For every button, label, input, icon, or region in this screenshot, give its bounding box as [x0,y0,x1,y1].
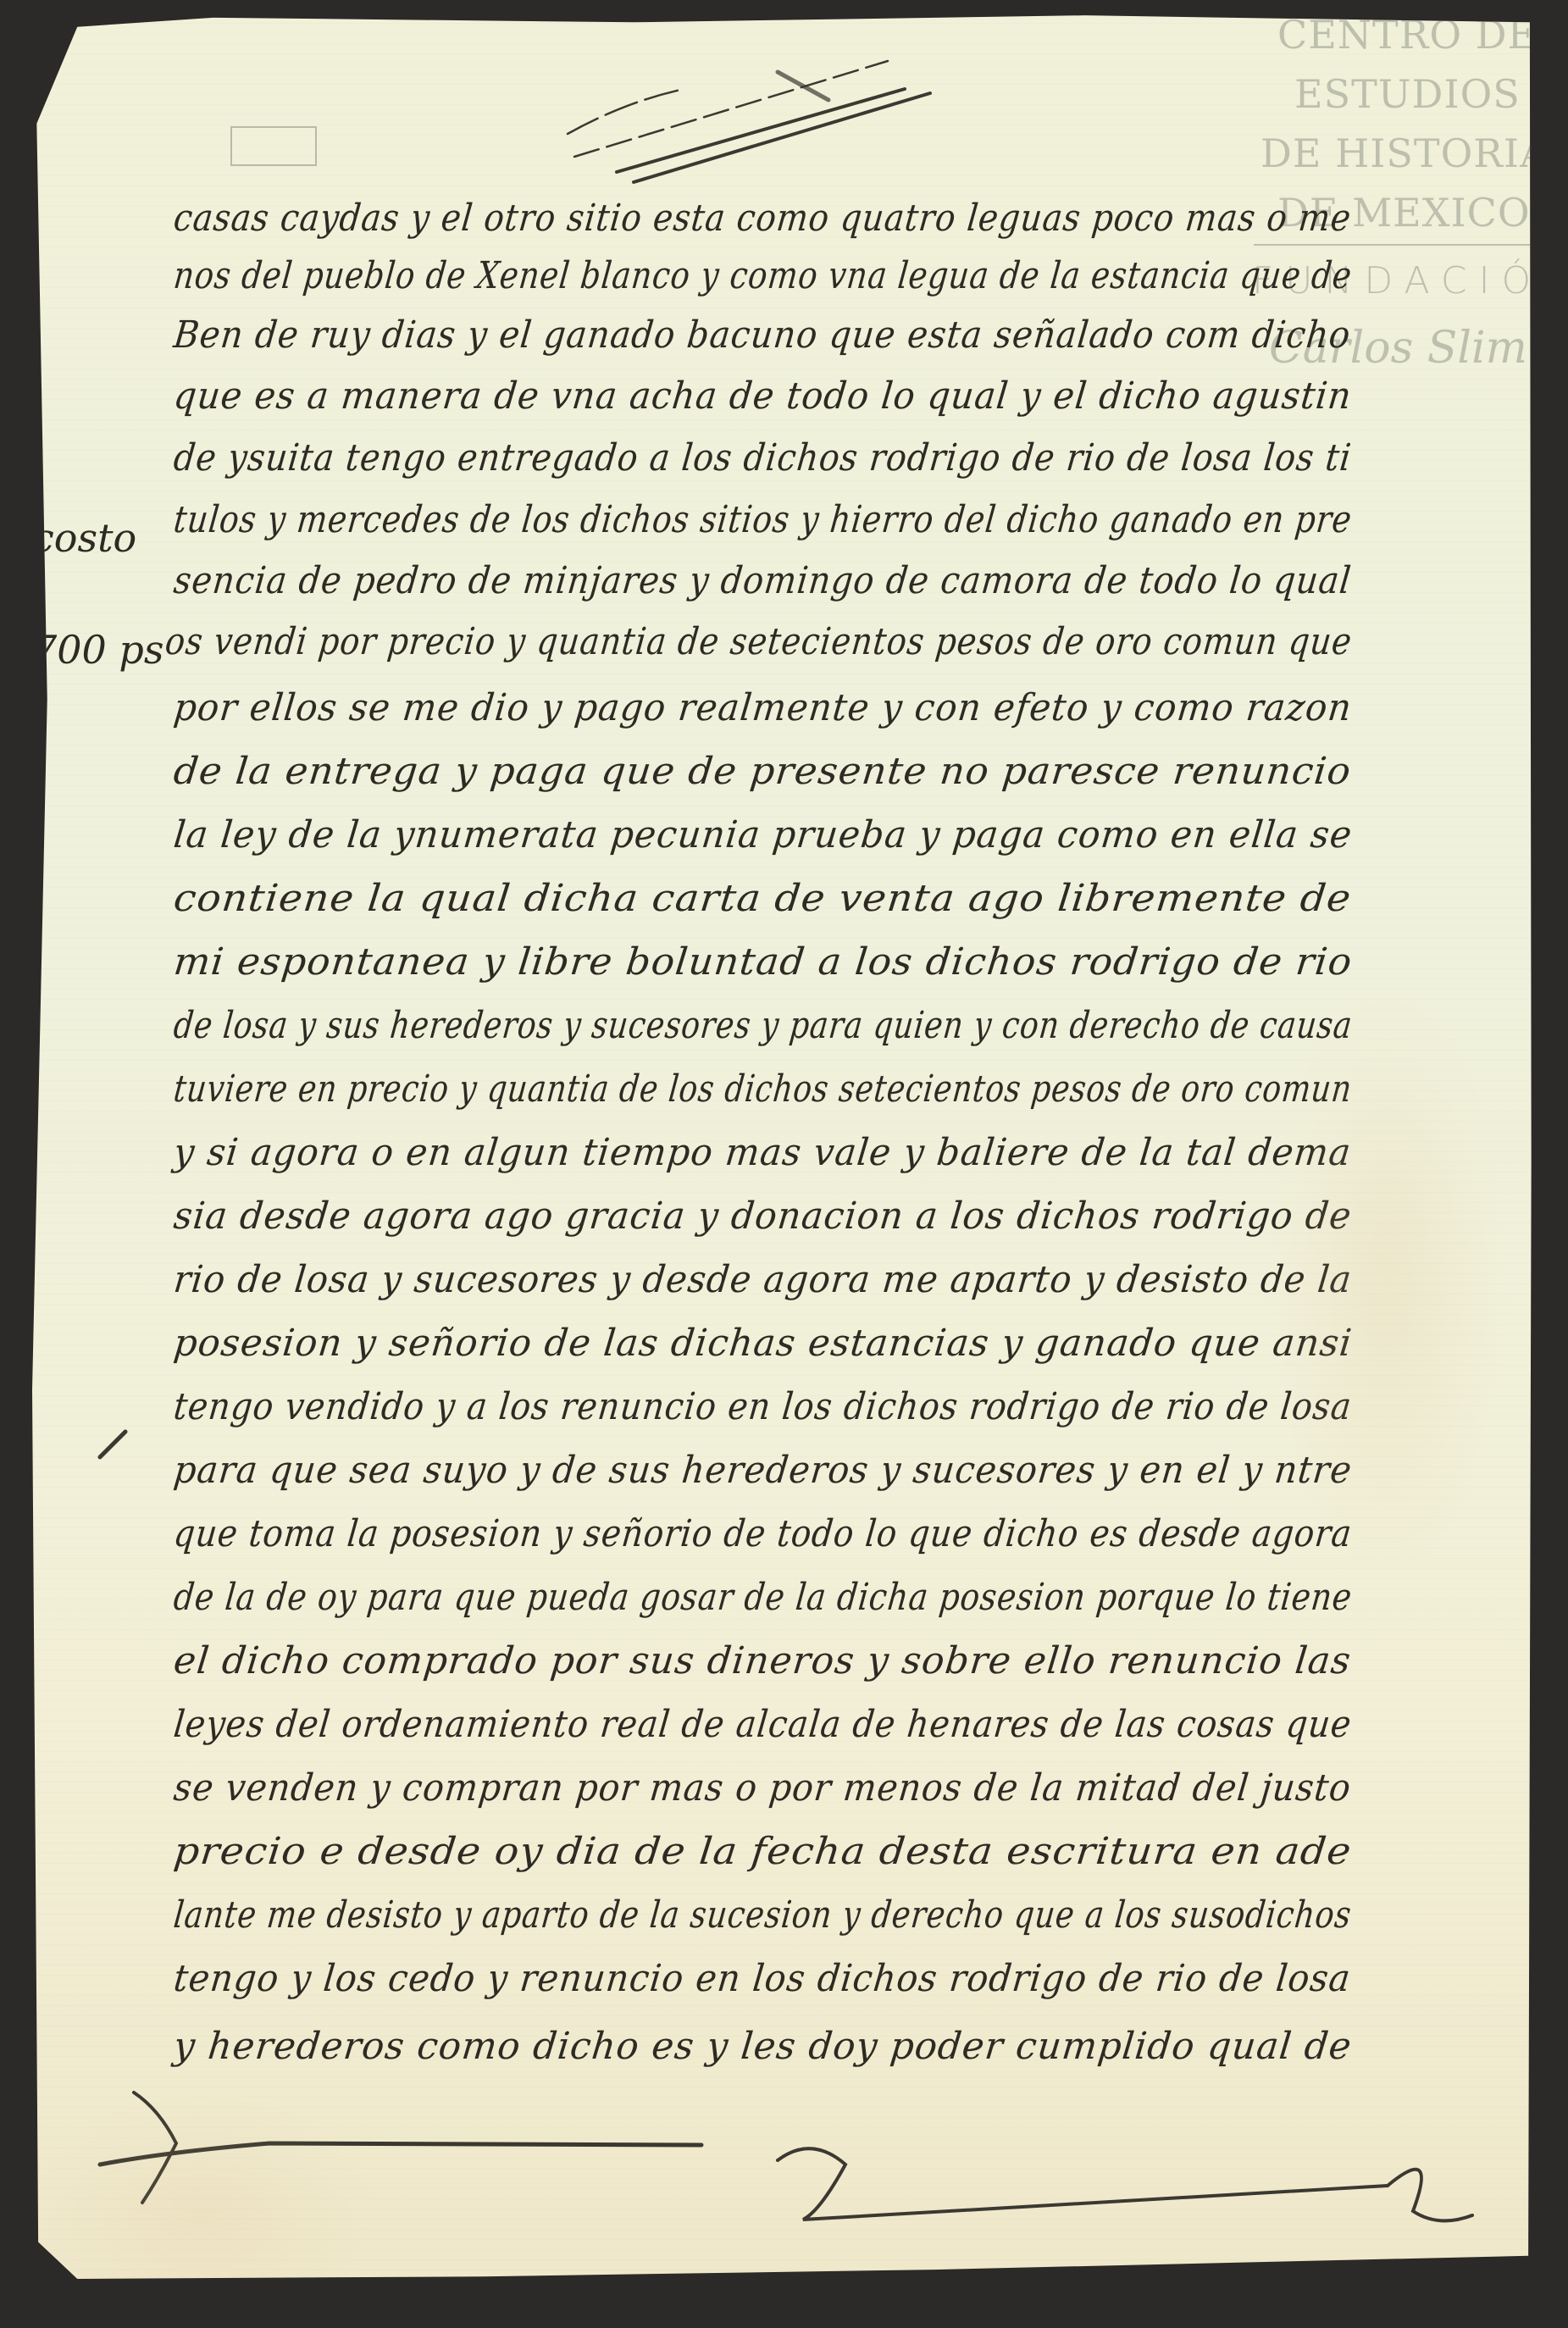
margin-note-costo: costo [32,515,136,561]
manuscript-line: casas caydas y el otro sitio esta como q… [172,197,1354,240]
manuscript-line: el dicho comprado por sus dineros y sobr… [172,1639,1354,1682]
manuscript-line: lante me desisto y aparto de la sucesion… [172,1893,1354,1937]
manuscript-line: precio e desde oy dia de la fecha desta … [172,1830,1354,1873]
manuscript-line: de losa y sus herederos y sucesores y pa… [172,1004,1355,1047]
margin-note-amount: 700 ps [32,627,163,673]
manuscript-line: os vendi por precio y quantia de setecie… [163,620,1355,663]
watermark-line-2: ESTUDIOS [1294,75,1521,114]
manuscript-line: y si agora o en algun tiempo mas vale y … [172,1131,1354,1174]
manuscript-line: de la entrega y paga que de presente no … [172,750,1354,793]
manuscript-line: tengo vendido y a los renuncio en los di… [172,1385,1355,1428]
manuscript-line: tengo y los cedo y renuncio en los dicho… [172,1957,1354,2000]
manuscript-line: para que sea suyo y de sus herederos y s… [172,1449,1355,1492]
manuscript-line: sencia de pedro de minjares y domingo de… [172,559,1354,602]
watermark-rule [1254,244,1542,246]
manuscript-line: de la de oy para que pueda gosar de la d… [172,1576,1355,1619]
manuscript-line: leyes del ordenamiento real de alcala de… [172,1703,1354,1746]
manuscript-line: mi espontanea y libre boluntad a los dic… [172,940,1355,984]
manuscript-line: tuviere en precio y quantia de los dicho… [172,1067,1355,1111]
manuscript-line: sia desde agora ago gracia y donacion a … [172,1194,1355,1238]
manuscript-line: la ley de la ynumerata pecunia prueba y … [172,813,1355,856]
watermark-line-3: DE HISTORIA [1260,134,1549,173]
manuscript-line: se venden y compran por mas o por menos … [172,1766,1354,1810]
manuscript-line: rio de losa y sucesores y desde agora me… [172,1258,1355,1301]
manuscript-line: Ben de ruy dias y el ganado bacuno que e… [172,313,1353,357]
manuscript-page: CENTRO DE ESTUDIOS DE HISTORIA DE MEXICO… [32,8,1536,2311]
manuscript-line: y herederos como dicho es y les doy pode… [172,2025,1355,2068]
manuscript-line: nos del pueblo de Xenel blanco y como vn… [172,254,1355,297]
manuscript-line: por ellos se me dio y pago realmente y c… [172,686,1355,729]
watermark-line-1: CENTRO DE [1277,15,1537,54]
manuscript-line: que toma la posesion y señorio de todo l… [172,1512,1355,1555]
manuscript-line: tulos y mercedes de los dichos sitios y … [172,498,1355,541]
manuscript-line: que es a manera de vna acha de todo lo q… [172,374,1354,418]
manuscript-line: contiene la qual dicha carta de venta ag… [172,877,1354,920]
manuscript-line: posesion y señorio de las dichas estanci… [172,1322,1355,1365]
manuscript-line: de ysuita tengo entregado a los dichos r… [172,436,1354,479]
